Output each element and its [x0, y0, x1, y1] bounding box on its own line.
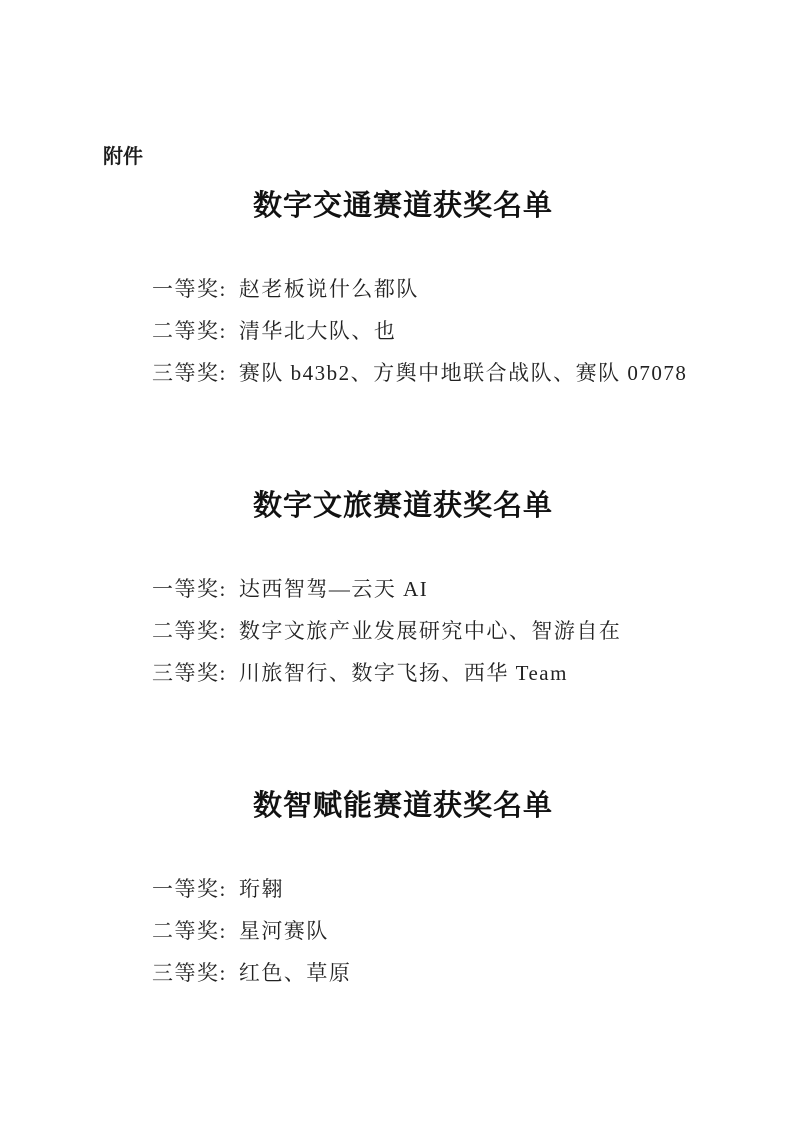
- award-winners: 赵老板说什么都队: [239, 277, 419, 301]
- award-rank-label: 二等奖:: [152, 619, 227, 643]
- award-rank-label: 一等奖:: [152, 877, 227, 901]
- award-winners: 川旅智行、数字飞扬、西华 Team: [239, 661, 568, 685]
- award-row-third-prize: 三等奖:赛队 b43b2、方舆中地联合战队、赛队 07078: [152, 352, 703, 394]
- attachment-label: 附件: [103, 146, 703, 168]
- document-page: 附件 数字交通赛道获奖名单 一等奖:赵老板说什么都队 二等奖:清华北大队、也 三…: [0, 0, 800, 1130]
- section-title: 数字文旅赛道获奖名单: [103, 490, 703, 522]
- award-winners: 赛队 b43b2、方舆中地联合战队、赛队 07078: [239, 361, 688, 385]
- award-row-third-prize: 三等奖:川旅智行、数字飞扬、西华 Team: [152, 652, 703, 694]
- section-digital-empowerment: 数智赋能赛道获奖名单 一等奖:珩翱 二等奖:星河赛队 三等奖:红色、草原: [103, 790, 703, 994]
- award-rank-label: 三等奖:: [152, 361, 227, 385]
- award-rank-label: 三等奖:: [152, 661, 227, 685]
- award-rank-label: 三等奖:: [152, 961, 227, 985]
- award-row-second-prize: 二等奖:清华北大队、也: [152, 310, 703, 352]
- awards-list: 一等奖:赵老板说什么都队 二等奖:清华北大队、也 三等奖:赛队 b43b2、方舆…: [152, 268, 703, 394]
- award-rank-label: 二等奖:: [152, 919, 227, 943]
- award-rank-label: 一等奖:: [152, 277, 227, 301]
- awards-list: 一等奖:珩翱 二等奖:星河赛队 三等奖:红色、草原: [152, 868, 703, 994]
- award-row-second-prize: 二等奖:数字文旅产业发展研究中心、智游自在: [152, 610, 703, 652]
- section-title: 数字交通赛道获奖名单: [103, 190, 703, 222]
- section-title: 数智赋能赛道获奖名单: [103, 790, 703, 822]
- award-rank-label: 一等奖:: [152, 577, 227, 601]
- section-digital-tourism: 数字文旅赛道获奖名单 一等奖:达西智驾—云天 AI 二等奖:数字文旅产业发展研究…: [103, 490, 703, 694]
- award-row-third-prize: 三等奖:红色、草原: [152, 952, 703, 994]
- award-row-second-prize: 二等奖:星河赛队: [152, 910, 703, 952]
- award-winners: 达西智驾—云天 AI: [239, 577, 428, 601]
- award-row-first-prize: 一等奖:达西智驾—云天 AI: [152, 568, 703, 610]
- award-row-first-prize: 一等奖:珩翱: [152, 868, 703, 910]
- award-winners: 红色、草原: [239, 961, 352, 985]
- award-rank-label: 二等奖:: [152, 319, 227, 343]
- awards-list: 一等奖:达西智驾—云天 AI 二等奖:数字文旅产业发展研究中心、智游自在 三等奖…: [152, 568, 703, 694]
- award-winners: 珩翱: [239, 877, 284, 901]
- award-winners: 清华北大队、也: [239, 319, 397, 343]
- award-winners: 星河赛队: [239, 919, 329, 943]
- award-winners: 数字文旅产业发展研究中心、智游自在: [239, 619, 622, 643]
- section-digital-transport: 数字交通赛道获奖名单 一等奖:赵老板说什么都队 二等奖:清华北大队、也 三等奖:…: [103, 190, 703, 394]
- award-row-first-prize: 一等奖:赵老板说什么都队: [152, 268, 703, 310]
